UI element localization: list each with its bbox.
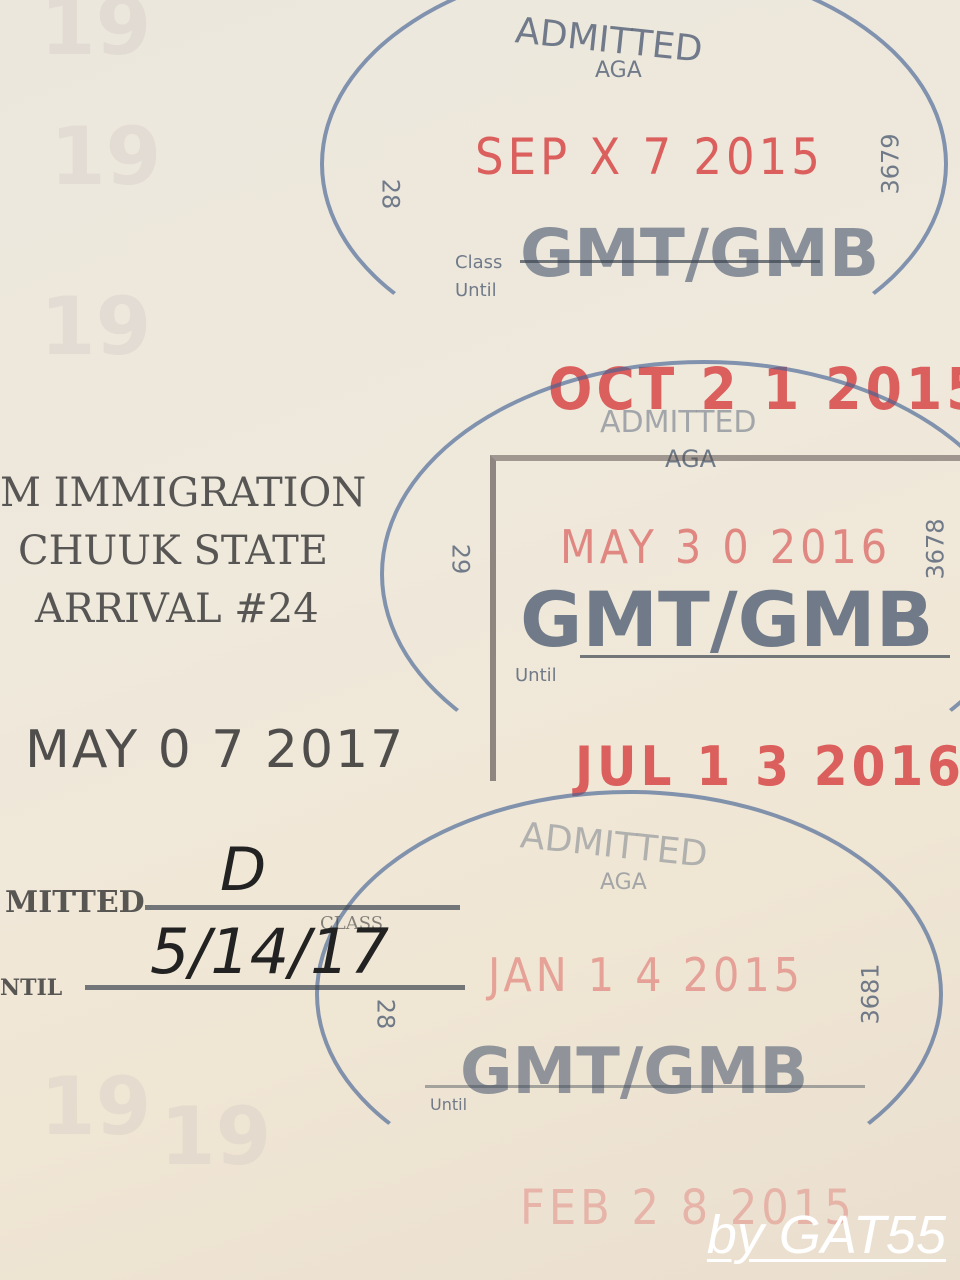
stamp3-code: GMT/GMB: [460, 1035, 808, 1109]
stamp3-right-num: 3681: [857, 963, 885, 1024]
stamp1-until-label: Until: [455, 280, 497, 301]
stamp1-sub: AGA: [595, 58, 642, 83]
stamp1-code: GMT/GMB: [520, 215, 879, 292]
stamp3-left-num: 28: [371, 999, 399, 1030]
stamp1-left-num: 28: [376, 179, 404, 210]
handwritten-class: D: [220, 835, 266, 905]
stamp3-sub: AGA: [600, 870, 647, 895]
handwritten-until-date: 5/14/17: [150, 915, 389, 988]
stamp3-until-label: Until: [430, 1095, 467, 1114]
chuuk-until-label: NTIL: [0, 975, 62, 1001]
chuuk-line2: CHUUK STATE: [18, 528, 328, 574]
stamp2-right-num: 3678: [922, 518, 950, 579]
chuuk-line3: ARRIVAL #24: [35, 586, 319, 632]
stamp2-date-bottom: JUL 1 3 2016: [575, 735, 960, 798]
chuuk-admitted-label: MITTED: [5, 885, 145, 920]
chuuk-date: MAY 0 7 2017: [25, 720, 405, 780]
stamp1-date: SEP X 7 2015: [475, 128, 824, 186]
watermark: by GAT55: [707, 1204, 946, 1266]
stamp2-date: MAY 3 0 2016: [560, 520, 891, 574]
stamp3-date: JAN 1 4 2015: [488, 948, 804, 1002]
stamp2-code: GMT/GMB: [520, 575, 934, 664]
stamp2-header: ADMITTED: [600, 405, 757, 440]
stamp2-left-num: 29: [446, 544, 474, 575]
chuuk-line1: M IMMIGRATION: [0, 470, 366, 516]
stamp2-until-label: Until: [515, 665, 557, 686]
stamp1-right-num: 3679: [877, 133, 905, 194]
stamp1-class-label: Class: [455, 252, 502, 273]
